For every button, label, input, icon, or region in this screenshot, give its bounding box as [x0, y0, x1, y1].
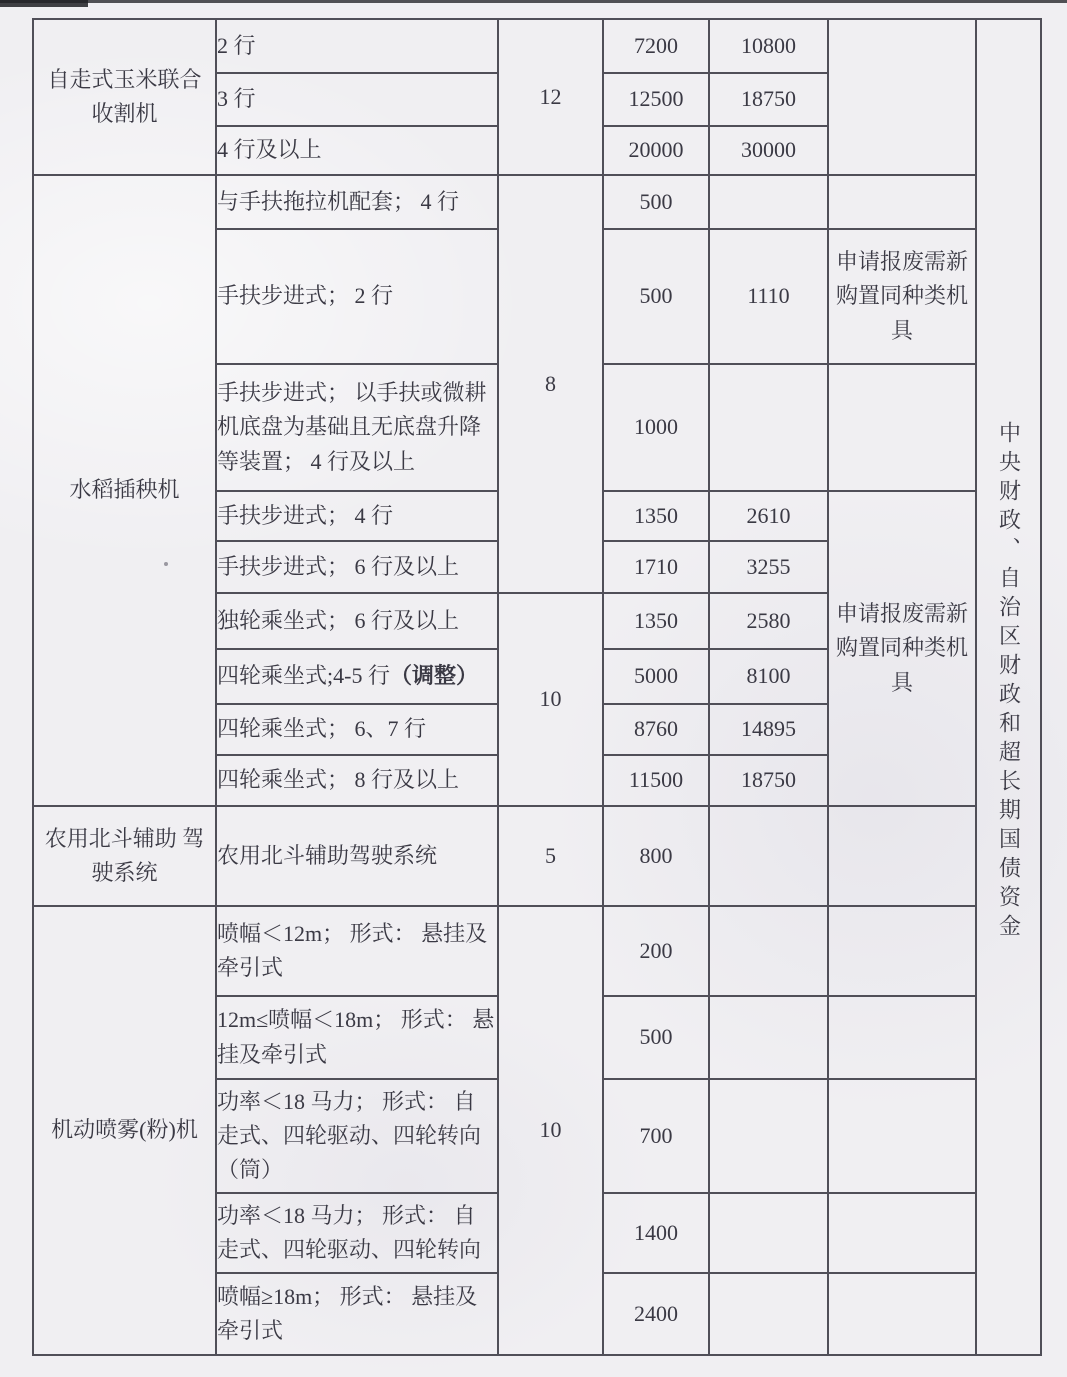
table-row: 机动喷雾(粉)机 喷幅＜12m； 形式： 悬挂及牵引式 10 200: [33, 906, 1041, 996]
scanned-page: 自走式玉米联合 收割机 2 行 12 7200 10800 中央财政、自治区财政…: [0, 0, 1067, 1377]
spec-cell-r3: 4 行及以上: [216, 126, 498, 175]
amount2-cell-r13: [709, 806, 828, 906]
amount2-cell-r9: 2580: [709, 593, 828, 649]
spec-cell-r13: 农用北斗辅助驾驶系统: [216, 806, 498, 906]
note-cell-r15-empty: [828, 996, 976, 1079]
amount1-cell-r15: 500: [603, 996, 709, 1079]
amount2-cell-r3: 30000: [709, 126, 828, 175]
spec-cell-r16: 功率＜18 马力； 形式： 自走式、四轮驱动、四轮转向（筒）: [216, 1079, 498, 1193]
amount2-cell-r1: 10800: [709, 19, 828, 73]
amount2-cell-r12: 18750: [709, 755, 828, 806]
note-cell-r16-empty: [828, 1079, 976, 1193]
note-cell-scrap-1: 申请报废需新购置同种类机具: [828, 229, 976, 364]
amount2-cell-r11: 14895: [709, 704, 828, 755]
amount2-cell-r10: 8100: [709, 649, 828, 704]
category-cell-rice-transplanter: 水稻插秧机: [33, 175, 216, 806]
note-cell-r14-empty: [828, 906, 976, 996]
amount2-cell-r4: [709, 175, 828, 229]
spec-cell-r9: 独轮乘坐式； 6 行及以上: [216, 593, 498, 649]
amount2-cell-r15: [709, 996, 828, 1079]
amount2-cell-r2: 18750: [709, 73, 828, 126]
amount1-cell-r10: 5000: [603, 649, 709, 704]
amount1-cell-r17: 1400: [603, 1193, 709, 1273]
amount2-cell-r7: 2610: [709, 491, 828, 541]
spec-cell-r14: 喷幅＜12m； 形式： 悬挂及牵引式: [216, 906, 498, 996]
amount2-cell-r8: 3255: [709, 541, 828, 593]
spec-cell-r11: 四轮乘坐式； 6、7 行: [216, 704, 498, 755]
amount2-cell-r17: [709, 1193, 828, 1273]
ratio-cell-beidou: 5: [498, 806, 603, 906]
funding-cell: 中央财政、自治区财政和超长期国债资金: [976, 19, 1041, 1355]
scan-edge-artifact: [0, 0, 1067, 3]
amount1-cell-r5: 500: [603, 229, 709, 364]
amount1-cell-r12: 11500: [603, 755, 709, 806]
spec-cell-r8: 手扶步进式； 6 行及以上: [216, 541, 498, 593]
spec-cell-r4: 与手扶拖拉机配套； 4 行: [216, 175, 498, 229]
spec-cell-r1: 2 行: [216, 19, 498, 73]
ratio-cell-transplanter-ride: 10: [498, 593, 603, 806]
amount1-cell-r13: 800: [603, 806, 709, 906]
spec-cell-r12: 四轮乘坐式； 8 行及以上: [216, 755, 498, 806]
amount1-cell-r16: 700: [603, 1079, 709, 1193]
table-row: 农用北斗辅助 驾驶系统 农用北斗辅助驾驶系统 5 800: [33, 806, 1041, 906]
note-cell-scrap-2: 申请报废需新购置同种类机具: [828, 491, 976, 806]
spec-cell-r7: 手扶步进式； 4 行: [216, 491, 498, 541]
spec-cell-r2: 3 行: [216, 73, 498, 126]
spec-cell-r6: 手扶步进式； 以手扶或微耕机底盘为基础且无底盘升降等装置； 4 行及以上: [216, 364, 498, 491]
note-cell-r18-empty: [828, 1273, 976, 1355]
category-cell-motor-sprayer: 机动喷雾(粉)机: [33, 906, 216, 1355]
spec-text: 四轮乘坐式;4-5 行: [217, 663, 390, 688]
spec-cell-r18: 喷幅≥18m； 形式： 悬挂及牵引式: [216, 1273, 498, 1355]
spec-cell-r15: 12m≤喷幅＜18m； 形式： 悬挂及牵引式: [216, 996, 498, 1079]
category-cell-corn-harvester: 自走式玉米联合 收割机: [33, 19, 216, 175]
category-cell-beidou-assist-system: 农用北斗辅助 驾驶系统: [33, 806, 216, 906]
note-cell-corn-empty: [828, 19, 976, 175]
ratio-cell-corn: 12: [498, 19, 603, 175]
amount2-cell-r16: [709, 1079, 828, 1193]
spec-cell-r5: 手扶步进式； 2 行: [216, 229, 498, 364]
spec-cell-r17: 功率＜18 马力； 形式： 自走式、四轮驱动、四轮转向: [216, 1193, 498, 1273]
amount1-cell-r1: 7200: [603, 19, 709, 73]
table-row: 水稻插秧机 与手扶拖拉机配套； 4 行 8 500: [33, 175, 1041, 229]
note-cell-r6-empty: [828, 364, 976, 491]
spec-cell-r10: 四轮乘坐式;4-5 行（调整）: [216, 649, 498, 704]
amount2-cell-r5: 1110: [709, 229, 828, 364]
ratio-cell-sprayer: 10: [498, 906, 603, 1355]
funding-source-text: 中央财政、自治区财政和超长期国债资金: [994, 421, 1024, 943]
ratio-cell-transplanter-walk: 8: [498, 175, 603, 593]
amount1-cell-r9: 1350: [603, 593, 709, 649]
note-cell-r4-empty: [828, 175, 976, 229]
amount1-cell-r2: 12500: [603, 73, 709, 126]
amount1-cell-r7: 1350: [603, 491, 709, 541]
amount2-cell-r14: [709, 906, 828, 996]
spec-adjusted-flag: （调整）: [390, 663, 478, 688]
amount1-cell-r3: 20000: [603, 126, 709, 175]
scan-corner-artifact: [0, 0, 88, 7]
amount1-cell-r18: 2400: [603, 1273, 709, 1355]
subsidy-table: 自走式玉米联合 收割机 2 行 12 7200 10800 中央财政、自治区财政…: [32, 18, 1042, 1356]
amount1-cell-r11: 8760: [603, 704, 709, 755]
note-cell-r17-empty: [828, 1193, 976, 1273]
amount2-cell-r18: [709, 1273, 828, 1355]
amount1-cell-r8: 1710: [603, 541, 709, 593]
amount1-cell-r14: 200: [603, 906, 709, 996]
note-cell-r13-empty: [828, 806, 976, 906]
amount2-cell-r6: [709, 364, 828, 491]
table-row: 自走式玉米联合 收割机 2 行 12 7200 10800 中央财政、自治区财政…: [33, 19, 1041, 73]
amount1-cell-r4: 500: [603, 175, 709, 229]
amount1-cell-r6: 1000: [603, 364, 709, 491]
